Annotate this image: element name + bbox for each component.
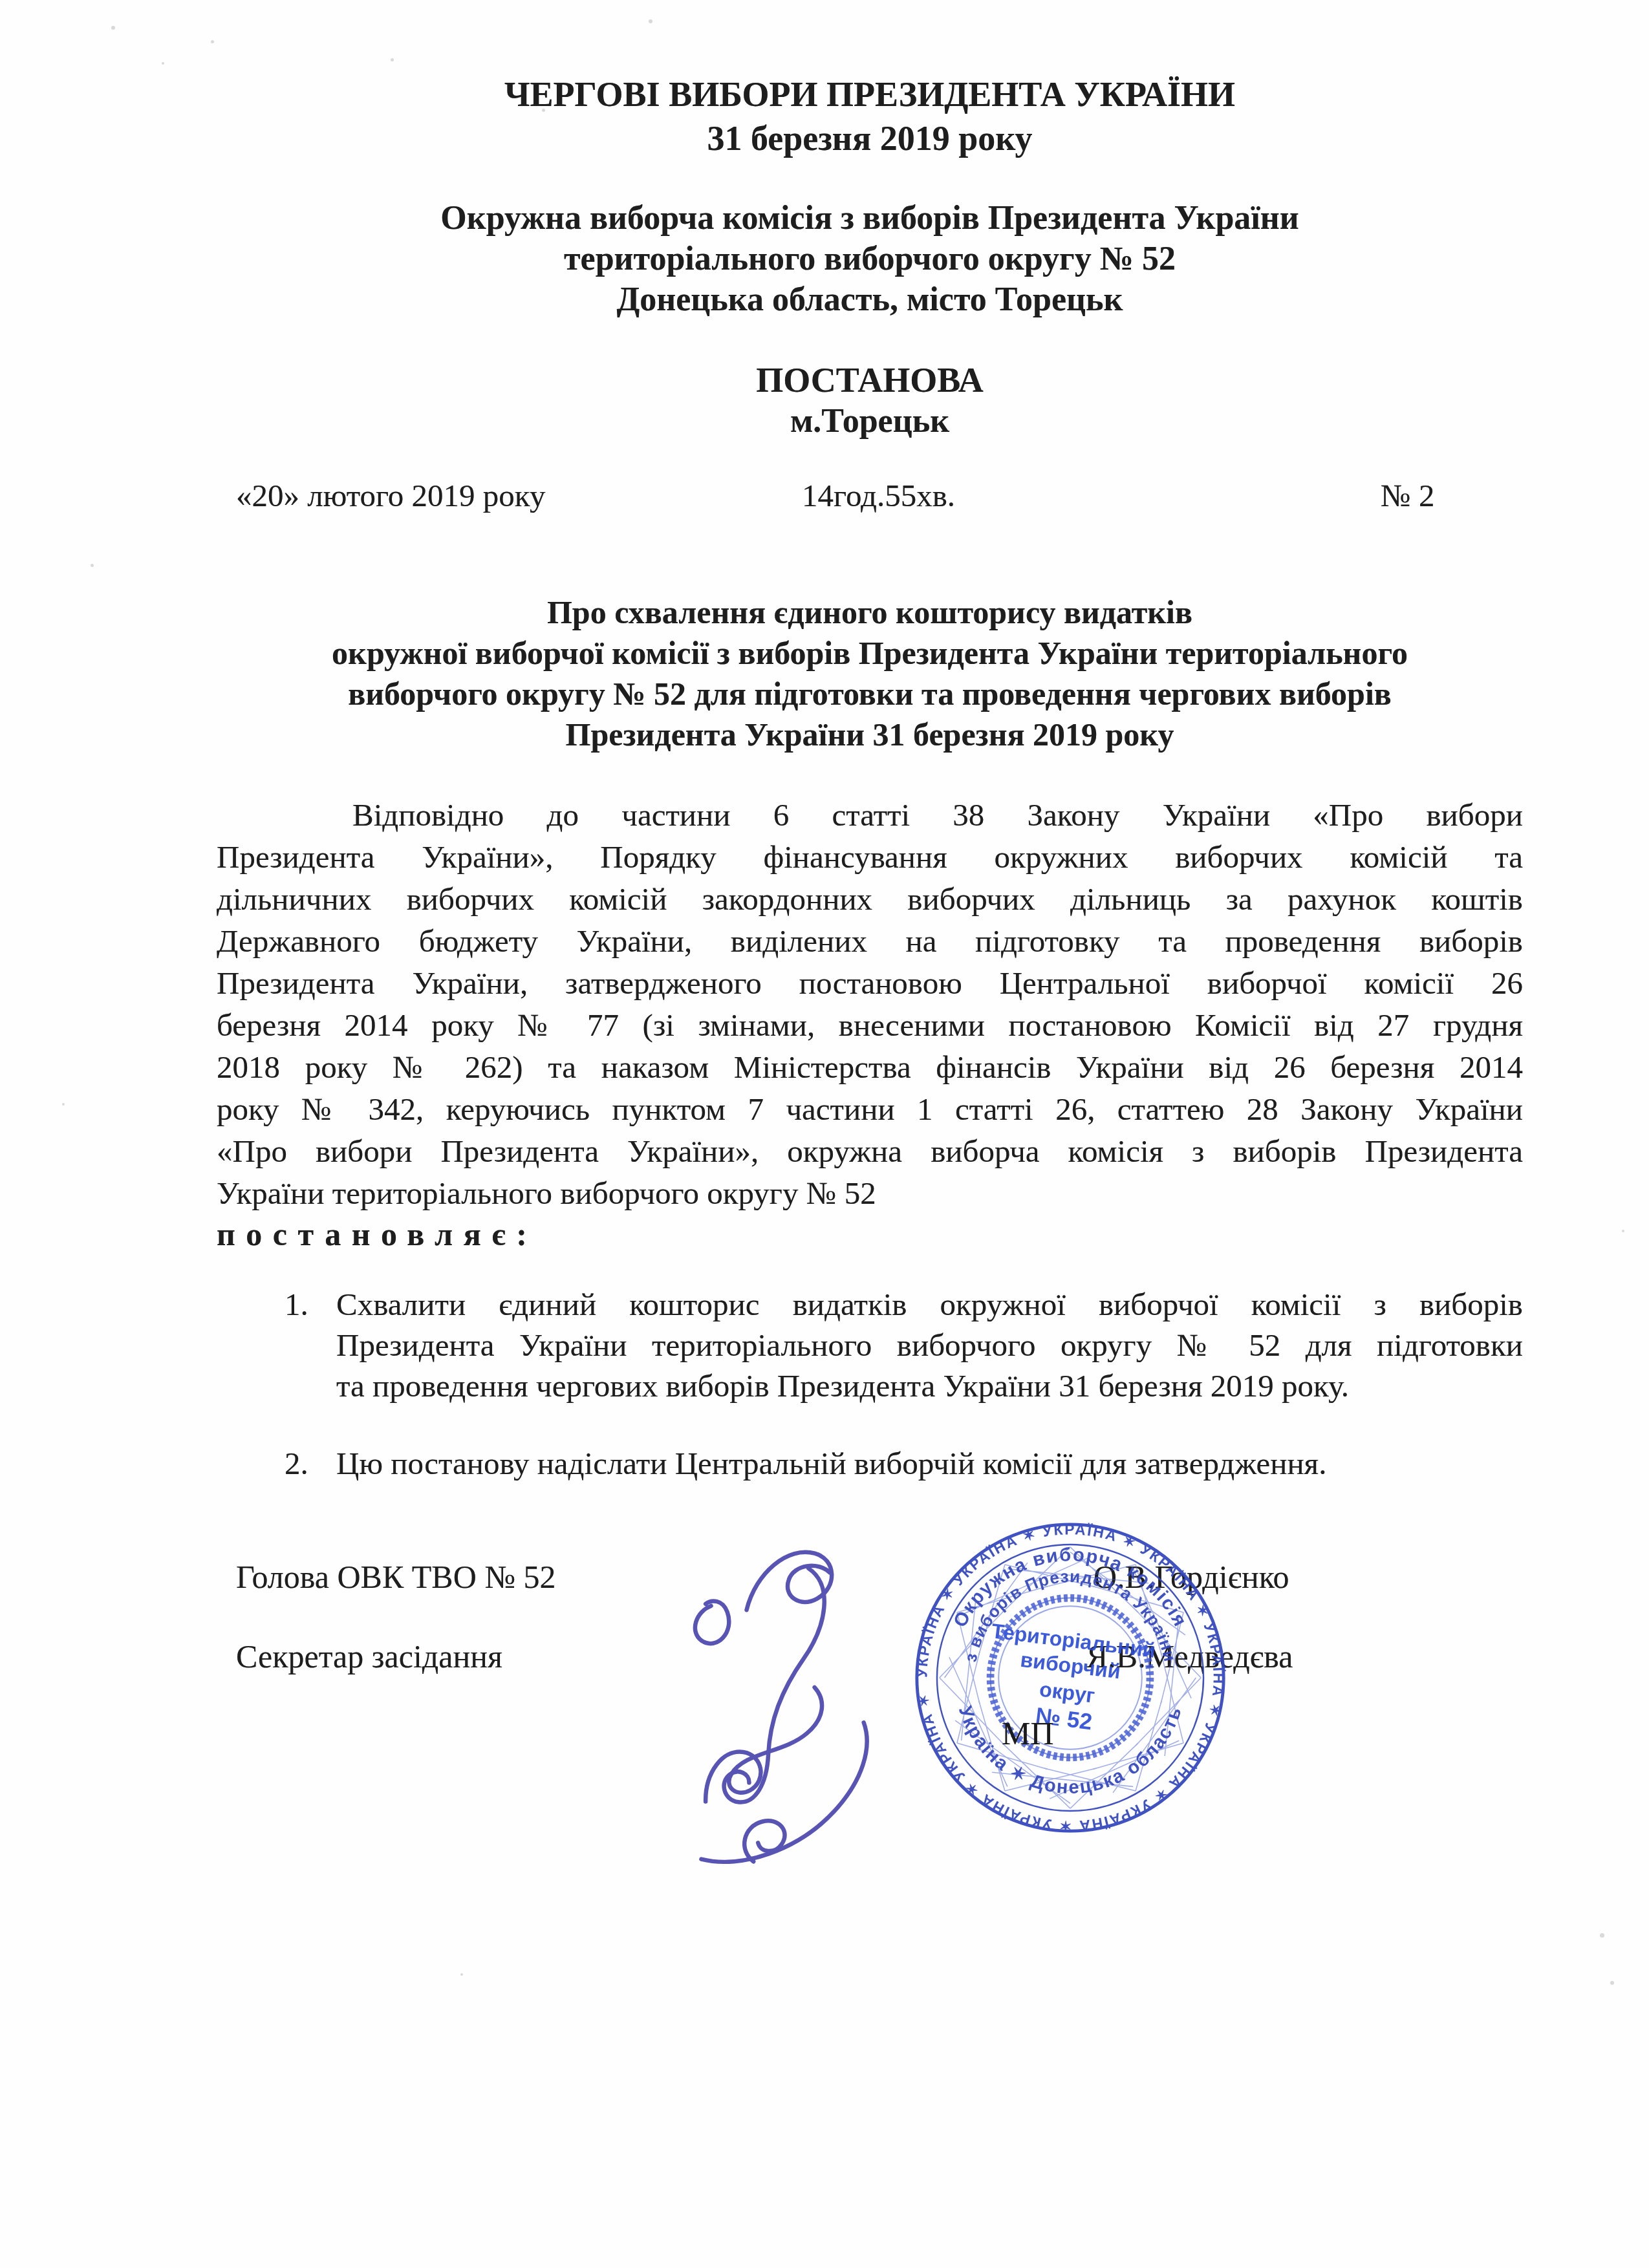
meta-number: № 2 (1381, 477, 1435, 514)
doc-place: м.Торецьк (217, 401, 1523, 442)
body-line: березня 2014 року № 77 (зі змінами, внес… (217, 1004, 1523, 1046)
subject-line: виборчого округу № 52 для підготовки та … (217, 674, 1523, 714)
scan-speck (62, 1103, 65, 1106)
item-line: Схвалити єдиний кошторис видатків окружн… (336, 1284, 1523, 1325)
signature-role-head: Голова ОВК ТВО № 52 (236, 1558, 555, 1596)
header-line-election: ЧЕРГОВІ ВИБОРИ ПРЕЗИДЕНТА УКРАЇНИ (217, 72, 1523, 116)
signature-strokes (660, 1518, 970, 1887)
item-number: 2. (285, 1443, 308, 1484)
body-line: Державного бюджету України, виділених на… (217, 920, 1523, 962)
doc-type-block: ПОСТАНОВА м.Торецьк (217, 359, 1523, 442)
doc-type-title: ПОСТАНОВА (217, 359, 1523, 401)
resolution-item-1: 1. Схвалити єдиний кошторис видатків окр… (217, 1284, 1523, 1406)
body-paragraph: Відповідно до частини 6 статті 38 Закону… (217, 794, 1523, 1214)
item-line: Президента України територіального вибор… (336, 1325, 1523, 1365)
scan-speck (111, 26, 115, 30)
scan-speck (162, 62, 164, 65)
scan-speck (1610, 1981, 1614, 1985)
signature-role-secretary: Секретар засідання (236, 1638, 502, 1675)
subject-line: Президента України 31 березня 2019 року (217, 714, 1523, 755)
stamp-center-line3: округ (1038, 1678, 1096, 1707)
commission-district: територіального виборчого округу № 52 (217, 239, 1523, 279)
header-line-date: 31 березня 2019 року (217, 116, 1523, 160)
scan-speck (460, 1973, 463, 1976)
scan-speck (1600, 1933, 1604, 1938)
resolution-item-2: 2. Цю постанову надіслати Центральній ви… (217, 1443, 1523, 1484)
scan-speck (91, 564, 94, 567)
scan-speck (391, 58, 394, 61)
commission-location: Донецька область, місто Торецьк (217, 279, 1523, 320)
meta-date: «20» лютого 2019 року (236, 477, 545, 514)
scanned-document-page: ЧЕРГОВІ ВИБОРИ ПРЕЗИДЕНТА УКРАЇНИ 31 бер… (0, 0, 1649, 2268)
scan-speck (211, 40, 214, 43)
seal-place-note: МП (1002, 1715, 1054, 1752)
commission-name: Окружна виборча комісія з виборів Презид… (217, 198, 1523, 239)
subject-line: окружної виборчої комісії з виборів През… (217, 633, 1523, 674)
body-line: Відповідно до частини 6 статті 38 Закону… (217, 794, 1523, 836)
body-line: дільничних виборчих комісій закордонних … (217, 878, 1523, 920)
document-header: ЧЕРГОВІ ВИБОРИ ПРЕЗИДЕНТА УКРАЇНИ 31 бер… (217, 72, 1523, 160)
meta-time: 14год.55хв. (802, 477, 955, 514)
body-line: Президента України», Порядку фінансуванн… (217, 836, 1523, 878)
subject-line: Про схвалення єдиного кошторису видатків (217, 592, 1523, 633)
scan-speck (649, 19, 652, 23)
body-line: року № 342, керуючись пунктом 7 частини … (217, 1088, 1523, 1130)
body-line: Президента України, затвердженого постан… (217, 962, 1523, 1004)
resolves-label: постановляє: (217, 1215, 1523, 1253)
scan-speck (542, 109, 545, 112)
scan-speck (1622, 1230, 1624, 1232)
subject-block: Про схвалення єдиного кошторису видатків… (217, 592, 1523, 755)
body-line: України територіального виборчого округу… (217, 1172, 1523, 1214)
meta-row: «20» лютого 2019 року 14год.55хв. № 2 (217, 477, 1523, 520)
commission-block: Окружна виборча комісія з виборів Презид… (217, 198, 1523, 320)
body-line: 2018 року № 262) та наказом Міністерства… (217, 1046, 1523, 1088)
item-line: Цю постанову надіслати Центральній вибор… (336, 1443, 1523, 1484)
body-line: «Про вибори Президента України», окружна… (217, 1130, 1523, 1172)
handwritten-signatures (660, 1518, 970, 1890)
item-number: 1. (285, 1284, 308, 1325)
item-line: та проведення чергових виборів Президент… (336, 1365, 1523, 1406)
